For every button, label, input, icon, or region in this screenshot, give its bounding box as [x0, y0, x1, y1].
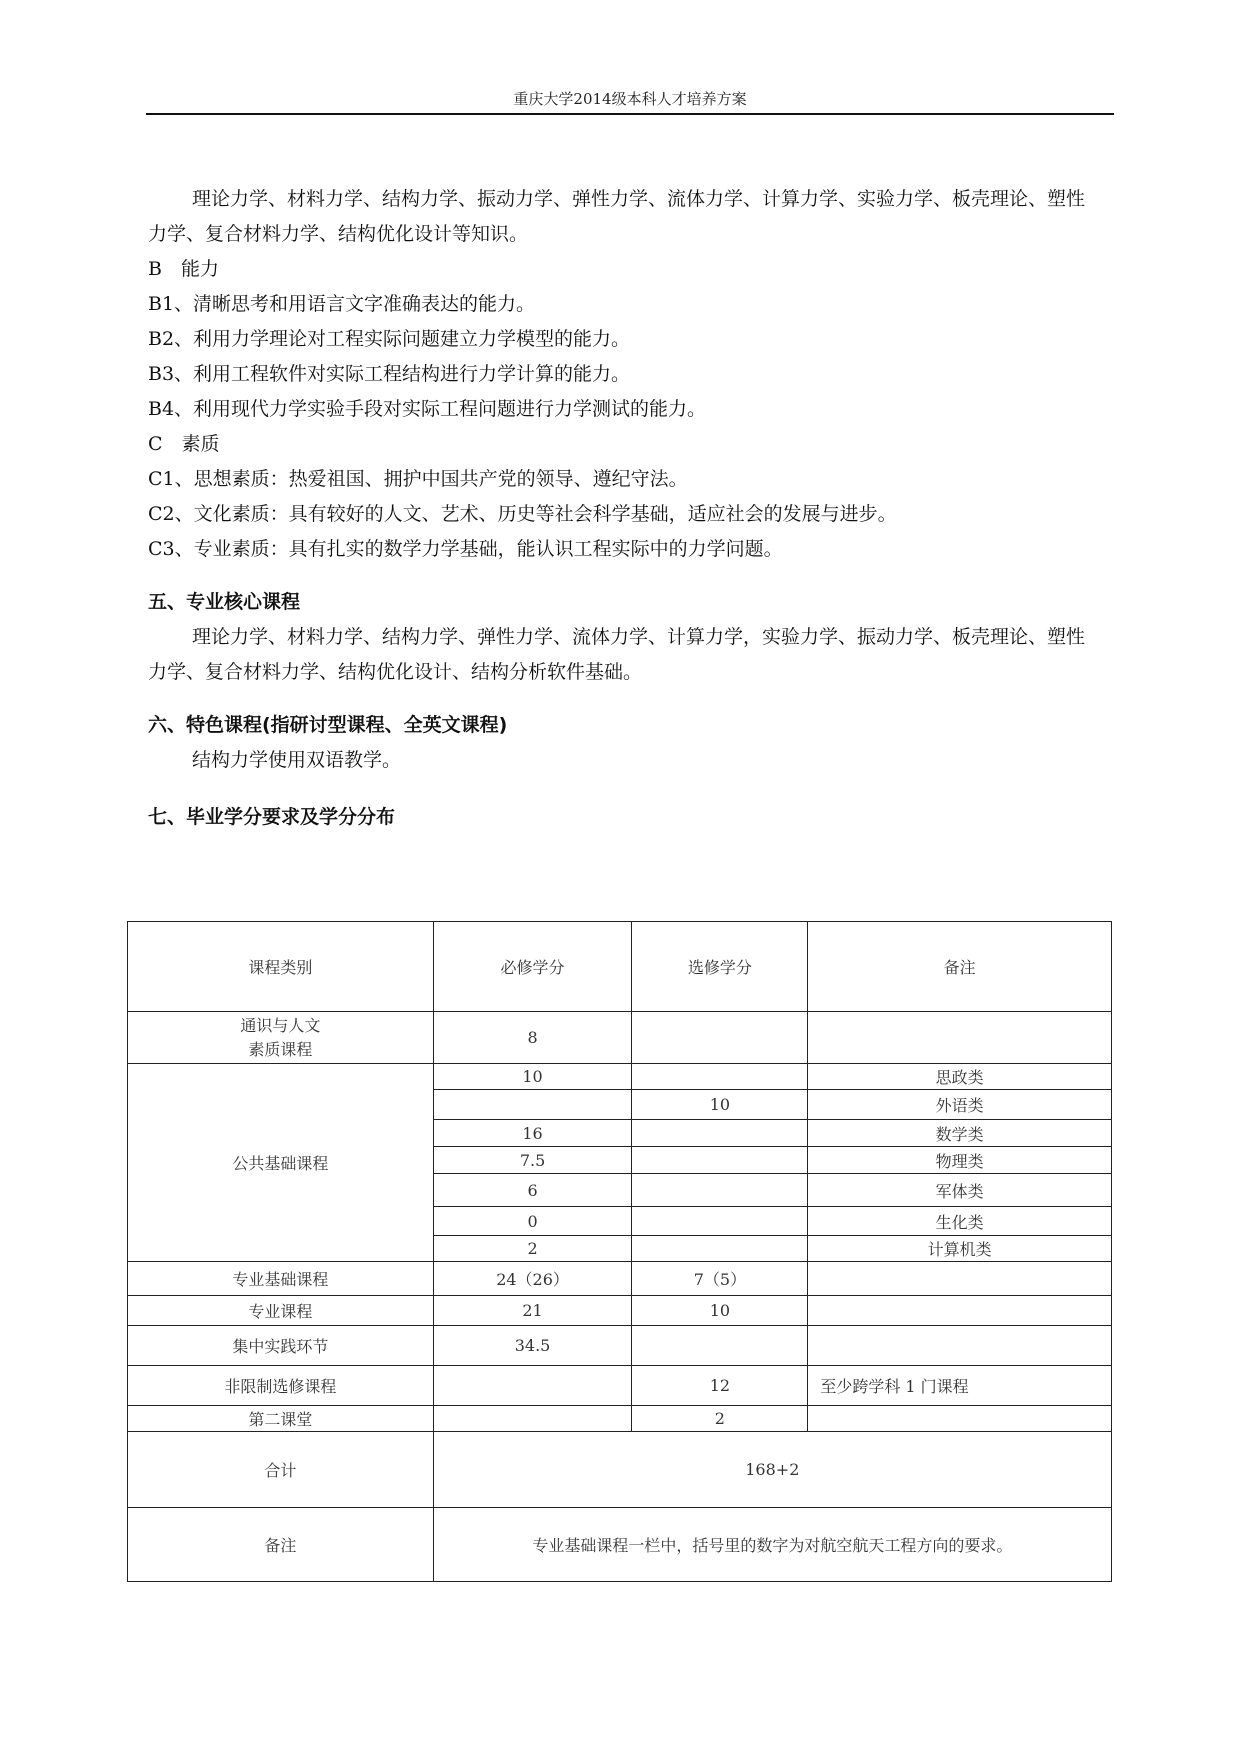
ability-item: B1、清晰思考和用语言文字准确表达的能力。 — [148, 287, 1100, 322]
elective-cell — [632, 1236, 808, 1262]
category-line: 通识与人文 — [134, 1014, 427, 1038]
note-cell: 思政类 — [808, 1064, 1112, 1090]
table-row: 集中实践环节 34.5 — [128, 1326, 1112, 1366]
note-cell: 生化类 — [808, 1207, 1112, 1236]
required-cell: 16 — [433, 1120, 632, 1147]
category-cell: 专业基础课程 — [128, 1262, 434, 1296]
table-remark-row: 备注 专业基础课程一栏中，括号里的数字为对航空航天工程方向的要求。 — [128, 1508, 1112, 1582]
total-label: 合计 — [128, 1432, 434, 1508]
featured-courses-heading: 六、特色课程(指研讨型课程、全英文课程) — [148, 708, 1100, 743]
column-header: 选修学分 — [632, 922, 808, 1012]
note-cell — [808, 1262, 1112, 1296]
document-body: 理论力学、材料力学、结构力学、振动力学、弹性力学、流体力学、计算力学、实验力学、… — [148, 182, 1100, 835]
required-cell: 24（26） — [433, 1262, 632, 1296]
elective-cell: 10 — [632, 1296, 808, 1326]
required-cell: 0 — [433, 1207, 632, 1236]
category-cell: 专业课程 — [128, 1296, 434, 1326]
table-total-row: 合计 168+2 — [128, 1432, 1112, 1508]
elective-cell — [632, 1326, 808, 1366]
category-line: 素质课程 — [134, 1038, 427, 1062]
table-row: 第二课堂 2 — [128, 1406, 1112, 1432]
table-row: 专业课程 21 10 — [128, 1296, 1112, 1326]
table-row: 专业基础课程 24（26） 7（5） — [128, 1262, 1112, 1296]
credits-heading: 七、毕业学分要求及学分分布 — [148, 800, 1100, 835]
note-cell — [808, 1012, 1112, 1064]
elective-cell — [632, 1120, 808, 1147]
note-cell: 数学类 — [808, 1120, 1112, 1147]
elective-cell: 10 — [632, 1090, 808, 1120]
remark-value: 专业基础课程一栏中，括号里的数字为对航空航天工程方向的要求。 — [433, 1508, 1111, 1582]
header-divider — [146, 113, 1114, 115]
total-value: 168+2 — [433, 1432, 1111, 1508]
category-cell: 非限制选修课程 — [128, 1366, 434, 1406]
ability-item: B4、利用现代力学实验手段对实际工程问题进行力学测试的能力。 — [148, 392, 1100, 427]
remark-label: 备注 — [128, 1508, 434, 1582]
quality-item: C1、思想素质：热爱祖国、拥护中国共产党的领导、遵纪守法。 — [148, 462, 1100, 497]
required-cell — [433, 1366, 632, 1406]
required-cell: 8 — [433, 1012, 632, 1064]
note-cell — [808, 1296, 1112, 1326]
quality-heading: C 素质 — [148, 427, 1100, 462]
note-cell: 至少跨学科 1 门课程 — [808, 1366, 1112, 1406]
table-row: 非限制选修课程 12 至少跨学科 1 门课程 — [128, 1366, 1112, 1406]
required-cell — [433, 1090, 632, 1120]
note-cell: 物理类 — [808, 1147, 1112, 1174]
note-cell — [808, 1326, 1112, 1366]
required-cell — [433, 1406, 632, 1432]
column-header: 课程类别 — [128, 922, 434, 1012]
featured-courses-body: 结构力学使用双语教学。 — [148, 743, 1100, 778]
column-header: 备注 — [808, 922, 1112, 1012]
required-cell: 7.5 — [433, 1147, 632, 1174]
required-cell: 6 — [433, 1174, 632, 1207]
ability-item: B3、利用工程软件对实际工程结构进行力学计算的能力。 — [148, 357, 1100, 392]
core-courses-body: 理论力学、材料力学、结构力学、弹性力学、流体力学、计算力学，实验力学、振动力学、… — [148, 620, 1100, 690]
note-cell: 计算机类 — [808, 1236, 1112, 1262]
table-header-row: 课程类别 必修学分 选修学分 备注 — [128, 922, 1112, 1012]
elective-cell — [632, 1064, 808, 1090]
knowledge-paragraph: 理论力学、材料力学、结构力学、振动力学、弹性力学、流体力学、计算力学、实验力学、… — [148, 182, 1100, 252]
elective-cell: 2 — [632, 1406, 808, 1432]
ability-heading: B 能力 — [148, 252, 1100, 287]
required-cell: 34.5 — [433, 1326, 632, 1366]
category-cell: 第二课堂 — [128, 1406, 434, 1432]
ability-item: B2、利用力学理论对工程实际问题建立力学模型的能力。 — [148, 322, 1100, 357]
elective-cell — [632, 1012, 808, 1064]
note-cell: 军体类 — [808, 1174, 1112, 1207]
column-header: 必修学分 — [433, 922, 632, 1012]
note-cell — [808, 1406, 1112, 1432]
elective-cell: 12 — [632, 1366, 808, 1406]
elective-cell — [632, 1174, 808, 1207]
category-cell: 通识与人文 素质课程 — [128, 1012, 434, 1064]
category-cell: 集中实践环节 — [128, 1326, 434, 1366]
table-row: 公共基础课程 10 思政类 — [128, 1064, 1112, 1090]
category-cell: 公共基础课程 — [128, 1064, 434, 1262]
note-cell: 外语类 — [808, 1090, 1112, 1120]
page-header-title: 重庆大学2014级本科人才培养方案 — [148, 88, 1112, 109]
core-courses-heading: 五、专业核心课程 — [148, 585, 1100, 620]
quality-item: C2、文化素质：具有较好的人文、艺术、历史等社会科学基础，适应社会的发展与进步。 — [148, 497, 1100, 532]
table-row: 通识与人文 素质课程 8 — [128, 1012, 1112, 1064]
required-cell: 2 — [433, 1236, 632, 1262]
required-cell: 21 — [433, 1296, 632, 1326]
quality-item: C3、专业素质：具有扎实的数学力学基础，能认识工程实际中的力学问题。 — [148, 532, 1100, 567]
elective-cell — [632, 1207, 808, 1236]
required-cell: 10 — [433, 1064, 632, 1090]
credits-table: 课程类别 必修学分 选修学分 备注 通识与人文 素质课程 8 公共基础课程 10… — [127, 921, 1112, 1582]
elective-cell: 7（5） — [632, 1262, 808, 1296]
elective-cell — [632, 1147, 808, 1174]
